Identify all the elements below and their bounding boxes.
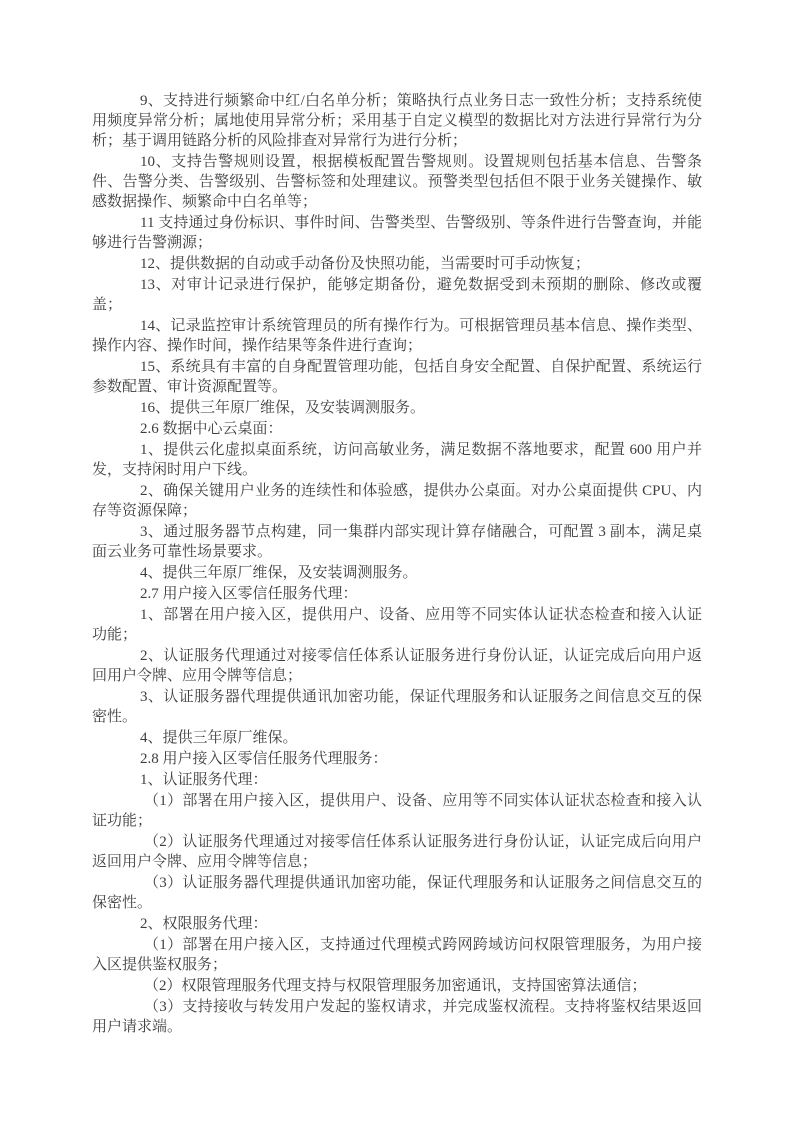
paragraph: 1、部署在用户接入区，提供用户、设备、应用等不同实体认证状态检查和接入认证功能； [92, 605, 702, 645]
paragraph: 2、确保关键用户业务的连续性和体验感，提供办公桌面。对办公桌面提供 CPU、内存… [92, 481, 702, 521]
paragraph: 1、提供云化虚拟桌面系统，访问高敏业务，满足数据不落地要求，配置 600 用户并… [92, 440, 702, 480]
paragraph: 10、支持告警规则设置，根据模板配置告警规则。设置规则包括基本信息、告警条件、告… [92, 152, 702, 212]
paragraph: 2.8 用户接入区零信任服务代理服务： [92, 749, 702, 769]
paragraph: （3）支持接收与转发用户发起的鉴权请求，并完成鉴权流程。支持将鉴权结果返回用户请… [92, 997, 702, 1037]
paragraph: 4、提供三年原厂维保，及安装调测服务。 [92, 563, 702, 583]
paragraph: 9、支持进行频繁命中红/白名单分析；策略执行点业务日志一致性分析；支持系统使用频… [92, 91, 702, 151]
paragraph: 16、提供三年原厂维保，及安装调测服务。 [92, 398, 702, 418]
paragraph: （1）部署在用户接入区，提供用户、设备、应用等不同实体认证状态检查和接入认证功能… [92, 791, 702, 831]
paragraph: （2）认证服务代理通过对接零信任体系认证服务进行身份认证，认证完成后向用户返回用… [92, 832, 702, 872]
paragraph: 2.6 数据中心云桌面： [92, 419, 702, 439]
paragraph: （2）权限管理服务代理支持与权限管理服务加密通讯，支持国密算法通信； [92, 976, 702, 996]
paragraph: （3）认证服务器代理提供通讯加密功能，保证代理服务和认证服务之间信息交互的保密性… [92, 873, 702, 913]
document-page: 9、支持进行频繁命中红/白名单分析；策略执行点业务日志一致性分析；支持系统使用频… [0, 0, 793, 1122]
paragraph: 2、认证服务代理通过对接零信任体系认证服务进行身份认证，认证完成后向用户返回用户… [92, 646, 702, 686]
paragraph: 14、记录监控审计系统管理员的所有操作行为。可根据管理员基本信息、操作类型、操作… [92, 316, 702, 356]
paragraph: （1）部署在用户接入区，支持通过代理模式跨网跨域访问权限管理服务，为用户接入区提… [92, 935, 702, 975]
paragraph: 13、对审计记录进行保护，能够定期备份，避免数据受到未预期的删除、修改或覆盖； [92, 275, 702, 315]
paragraph: 4、提供三年原厂维保。 [92, 728, 702, 748]
paragraph: 2、权限服务代理： [92, 914, 702, 934]
paragraph: 1、认证服务代理： [92, 770, 702, 790]
paragraph: 11 支持通过身份标识、事件时间、告警类型、告警级别、等条件进行告警查询，并能够… [92, 213, 702, 253]
paragraph: 3、认证服务器代理提供通讯加密功能，保证代理服务和认证服务之间信息交互的保密性。 [92, 687, 702, 727]
paragraph: 3、通过服务器节点构建，同一集群内部实现计算存储融合，可配置 3 副本，满足桌面… [92, 522, 702, 562]
paragraph: 15、系统具有丰富的自身配置管理功能，包括自身安全配置、自保护配置、系统运行参数… [92, 357, 702, 397]
document-body: 9、支持进行频繁命中红/白名单分析；策略执行点业务日志一致性分析；支持系统使用频… [92, 90, 702, 1038]
paragraph: 12、提供数据的自动或手动备份及快照功能，当需要时可手动恢复； [92, 254, 702, 274]
paragraph: 2.7 用户接入区零信任服务代理： [92, 584, 702, 604]
